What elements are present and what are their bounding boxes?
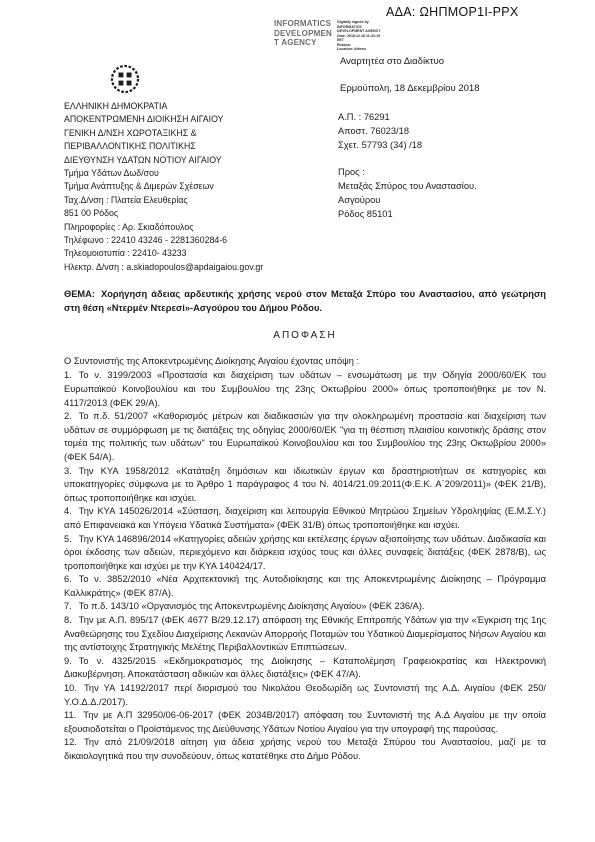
- item-text: Την ΚΥΑ 1958/2012 «Κατάταξη δημόσιων και…: [64, 466, 546, 503]
- authority-line: ΑΠΟΚΕΝΤΡΩΜΕΝΗ ΔΙΟΙΚΗΣΗ ΑΙΓΑΙΟΥ: [64, 113, 324, 126]
- reference-numbers-block: Α.Π. : 76291 Αποστ. 76023/18 Σχετ. 57793…: [338, 110, 477, 221]
- signature-details: Digitally signed by INFORMATICS DEVELOPM…: [337, 20, 381, 52]
- postal-address: Ταχ.Δ/νση : Πλατεία Ελευθερίας: [64, 194, 324, 207]
- item-text: Το ν. 3852/2010 «Νέα Αρχιτεκτονική της Α…: [64, 574, 546, 598]
- greek-national-emblem-icon: [110, 64, 140, 94]
- phone-numbers: Τηλέφωνο : 22410 43246 - 2281360284-6: [64, 234, 324, 247]
- document-body: ΘΕΜΑ:Χορήγηση άδειας αρδευτικής χρήσης ν…: [64, 288, 546, 764]
- recipient-area: Ασγούρου: [338, 193, 477, 207]
- item-number: 6.: [64, 574, 72, 584]
- legal-basis-item: 4.Την ΚΥΑ 145026/2014 «Σύσταση, διαχείρι…: [64, 505, 546, 532]
- item-text: Την ΚΥΑ 146896/2014 «Κατηγορίες αδειών χ…: [64, 534, 546, 571]
- authority-line: ΔΙΕΥΘΥΝΣΗ ΥΔΑΤΩΝ ΝΟΤΙΟΥ ΑΙΓΑΙΟΥ: [64, 154, 324, 167]
- authority-line: Τμήμα Υδάτων Δωδ/σου: [64, 167, 324, 180]
- legal-basis-item: 9.Το ν. 4325/2015 «Εκδημοκρατισμός της Δ…: [64, 655, 546, 682]
- item-text: Το ν. 4325/2015 «Εκδημοκρατισμός της Διο…: [64, 656, 546, 680]
- legal-basis-item: 6.Το ν. 3852/2010 «Νέα Αρχιτεκτονική της…: [64, 573, 546, 600]
- signature-detail-line: Location: Athens: [337, 47, 381, 52]
- legal-basis-item: 2.Το π.δ. 51/2007 «Καθορισμός μέτρων και…: [64, 410, 546, 464]
- legal-basis-item: 7.Το π.δ. 143/10 «Οργανισμός της Αποκεντ…: [64, 600, 546, 614]
- subject-text: Χορήγηση άδειας αρδευτικής χρήσης νερού …: [64, 289, 546, 313]
- recipient-label: Προς :: [338, 165, 477, 179]
- recipient-block: Προς : Μεταξάς Σπύρος του Αναστασίου. Ασ…: [338, 165, 477, 221]
- contact-person: Πληροφορίες : Αρ. Σκιαδόπουλος: [64, 221, 324, 234]
- decision-intro: Ο Συντονιστής της Αποκεντρωμένης Διοίκησ…: [64, 355, 546, 369]
- item-number: 10.: [64, 683, 77, 693]
- item-number: 2.: [64, 411, 72, 421]
- legal-basis-item: 8.Την με Α.Π. 895/17 (ΦΕΚ 4677 Β/29.12.1…: [64, 614, 546, 655]
- legal-basis-item: 12.Την από 21/09/2018 αίτηση για άδεια χ…: [64, 736, 546, 763]
- item-number: 11.: [64, 710, 76, 720]
- signature-agency-line: T AGENCY: [274, 38, 332, 48]
- item-number: 12.: [64, 737, 77, 747]
- authority-line: ΓΕΝΙΚΗ Δ/ΝΣΗ ΧΩΡΟΤΑΞΙΚΗΣ &: [64, 127, 324, 140]
- item-text: Την ΚΥΑ 145026/2014 «Σύσταση, διαχείριση…: [64, 506, 546, 530]
- item-text: Το π.δ. 143/10 «Οργανισμός της Αποκεντρω…: [79, 601, 425, 611]
- item-number: 7.: [64, 601, 72, 611]
- legal-basis-item: 10.Την ΥΑ 14192/2017 περί διορισμού του …: [64, 682, 546, 709]
- document-page: ΑΔΑ: ΩΗΠΜΟΡ1Ι-ΡΡΧ INFORMATICS DEVELOPMEN…: [0, 0, 595, 842]
- protocol-number: Α.Π. : 76291: [338, 110, 477, 124]
- fax-number: Τηλεομοιοτυπία : 22410- 43233: [64, 247, 324, 260]
- internet-posting-note: Αναρτητέα στο Διαδίκτυο: [340, 56, 444, 67]
- legal-basis-item: 11.Την με Α.Π 32950/06-06-2017 (ΦΕΚ 2034…: [64, 709, 546, 736]
- email-address: Ηλεκτρ. Δ/νση : a.skiadopoulos@apdaigaio…: [64, 261, 324, 274]
- decision-heading: ΑΠΟΦΑΣΗ: [64, 329, 546, 343]
- recipient-name: Μεταξάς Σπύρος του Αναστασίου.: [338, 179, 477, 193]
- legal-basis-item: 1.Το ν. 3199/2003 «Προστασία και διαχείρ…: [64, 369, 546, 410]
- item-text: Την με Α.Π 32950/06-06-2017 (ΦΕΚ 2034Β/2…: [64, 710, 546, 734]
- authority-line: ΕΛΛΗΝΙΚΗ ΔΗΜΟΚΡΑΤΙΑ: [64, 100, 324, 113]
- item-text: Το π.δ. 51/2007 «Καθορισμός μέτρων και δ…: [64, 411, 546, 462]
- item-text: Το ν. 3199/2003 «Προστασία και διαχείρισ…: [64, 370, 546, 407]
- postal-code-city: 851 00 Ρόδος: [64, 207, 324, 220]
- recipient-city-zip: Ρόδος 85101: [338, 207, 477, 221]
- authority-line: ΠΕΡΙΒΑΛΛΟΝΤΙΚΗΣ ΠΟΛΙΤΙΚΗΣ: [64, 140, 324, 153]
- signature-agency-line: DEVELOPMEN: [274, 29, 332, 39]
- signature-detail-line: DEVELOPMENT AGENCY: [337, 29, 381, 34]
- signature-agency-line: INFORMATICS: [274, 19, 332, 29]
- signature-agency-name: INFORMATICS DEVELOPMEN T AGENCY: [274, 19, 332, 48]
- item-text: Την ΥΑ 14192/2017 περί διορισμού του Νικ…: [64, 683, 546, 707]
- item-text: Την με Α.Π. 895/17 (ΦΕΚ 4677 Β/29.12.17)…: [64, 615, 546, 652]
- digital-signature-stamp: INFORMATICS DEVELOPMEN T AGENCY Digitall…: [274, 19, 381, 52]
- item-number: 4.: [64, 506, 72, 516]
- authority-line: Τμήμα Ανάπτυξης & Διμερών Σχέσεων: [64, 180, 324, 193]
- related-number: Σχετ. 57793 (34) /18: [338, 138, 477, 152]
- subject-label: ΘΕΜΑ:: [64, 289, 95, 299]
- subject-paragraph: ΘΕΜΑ:Χορήγηση άδειας αρδευτικής χρήσης ν…: [64, 288, 546, 315]
- item-text: Την από 21/09/2018 αίτηση για άδεια χρήσ…: [64, 737, 546, 761]
- legal-basis-item: 3.Την ΚΥΑ 1958/2012 «Κατάταξη δημόσιων κ…: [64, 465, 546, 506]
- legal-basis-item: 5.Την ΚΥΑ 146896/2014 «Κατηγορίες αδειών…: [64, 533, 546, 574]
- ada-code: ΑΔΑ: ΩΗΠΜΟΡ1Ι-ΡΡΧ: [386, 5, 519, 19]
- item-number: 9.: [64, 656, 72, 666]
- item-number: 5.: [64, 534, 72, 544]
- dispatch-number: Αποστ. 76023/18: [338, 124, 477, 138]
- item-number: 1.: [64, 370, 72, 380]
- issuing-authority-block: ΕΛΛΗΝΙΚΗ ΔΗΜΟΚΡΑΤΙΑ ΑΠΟΚΕΝΤΡΩΜΕΝΗ ΔΙΟΙΚΗ…: [64, 64, 324, 274]
- place-and-date: Ερμούπολη, 18 Δεκεμβρίου 2018: [340, 83, 479, 94]
- item-number: 8.: [64, 615, 72, 625]
- item-number: 3.: [64, 466, 72, 476]
